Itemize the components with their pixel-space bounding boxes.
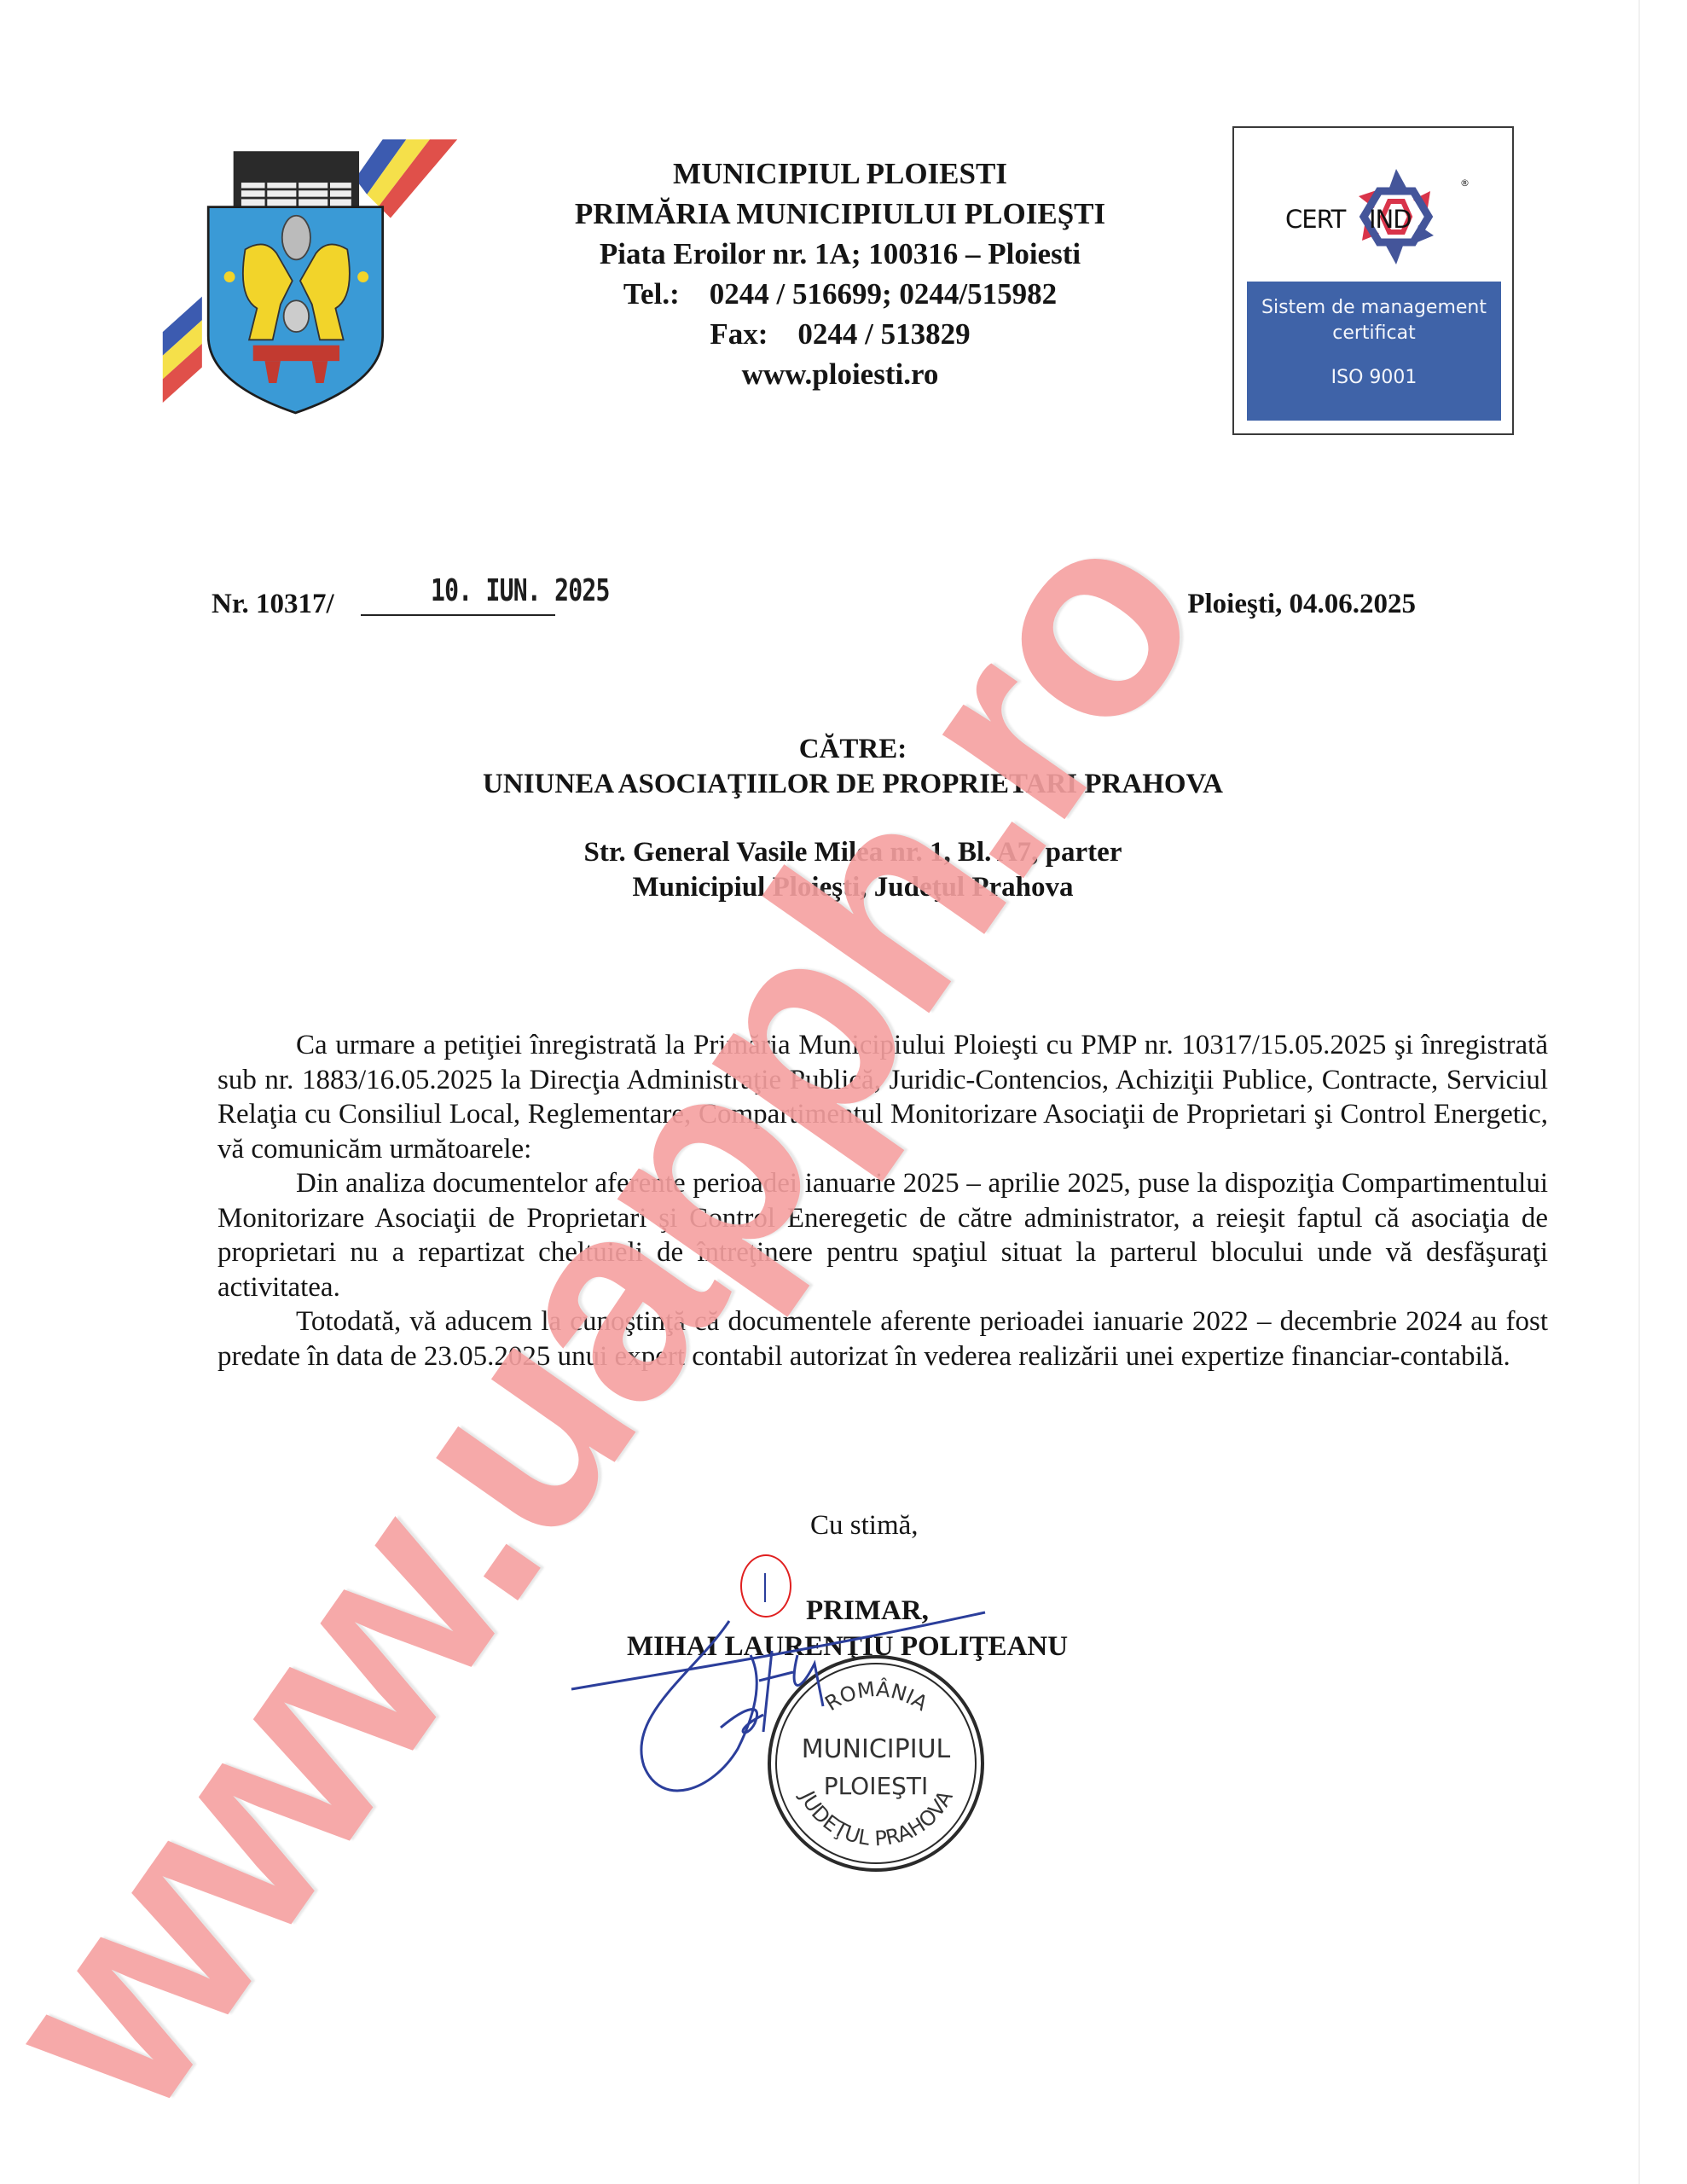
iso-panel: Sistem de management certificat ISO 9001 (1247, 282, 1501, 421)
cert-brand-left: CERT (1285, 205, 1345, 234)
header-fax: Fax: 0244 / 513829 (512, 314, 1168, 354)
place-and-date: Ploieşti, 04.06.2025 (1187, 589, 1416, 620)
body-paragraph: Ca urmare a petiţiei înregistrată la Pri… (217, 1028, 1548, 1166)
certind-logo: CERT IND ® (1285, 160, 1473, 271)
recipient-organization: UNIUNEA ASOCIAŢIILOR DE PROPRIETARI PRAH… (256, 767, 1450, 802)
certification-badge: CERT IND ® Sistem de management certific… (1232, 126, 1514, 435)
page-edge (1638, 0, 1640, 2184)
registration-underline (361, 614, 555, 616)
recipient-address-line2: Municipiul Ploieşti, Judeţul Prahova (256, 870, 1450, 905)
registration-number: Nr. 10317/ (212, 589, 334, 620)
cert-brand-right: IND (1369, 205, 1412, 234)
recipient-label: CĂTRE: (256, 732, 1450, 767)
letter-body: Ca urmare a petiţiei înregistrată la Pri… (217, 1028, 1548, 1374)
salutation: Cu stimă, (810, 1510, 919, 1542)
body-paragraph: Totodată, vă aducem la cunoştinţă că doc… (217, 1304, 1548, 1374)
handwritten-signature-icon (567, 1604, 1011, 1817)
header-phone: Tel.: 0244 / 516699; 0244/515982 (512, 274, 1168, 314)
cert-panel-line2: certificat (1247, 321, 1501, 346)
cert-panel-iso: ISO 9001 (1247, 365, 1501, 391)
header-website: www.ploiesti.ro (512, 354, 1168, 394)
header-line: MUNICIPIUL PLOIESTI (512, 154, 1168, 194)
body-paragraph: Din analiza documentelor aferente perioa… (217, 1166, 1548, 1304)
header-address: Piata Eroilor nr. 1A; 100316 – Ploiesti (512, 234, 1168, 274)
recipient-address-line1: Str. General Vasile Milea nr. 1, Bl. A7,… (256, 835, 1450, 870)
registered-icon: ® (1460, 177, 1470, 189)
header-line: PRIMĂRIA MUNICIPIULUI PLOIEŞTI (512, 194, 1168, 234)
coat-of-arms-icon (154, 124, 486, 422)
cert-panel-line1: Sistem de management (1247, 295, 1501, 321)
recipient-block: CĂTRE: UNIUNEA ASOCIAŢIILOR DE PROPRIETA… (256, 732, 1450, 905)
letterhead: MUNICIPIUL PLOIESTI PRIMĂRIA MUNICIPIULU… (512, 154, 1168, 394)
registration-date-stamp: 10. IUN. 2025 (431, 573, 610, 608)
